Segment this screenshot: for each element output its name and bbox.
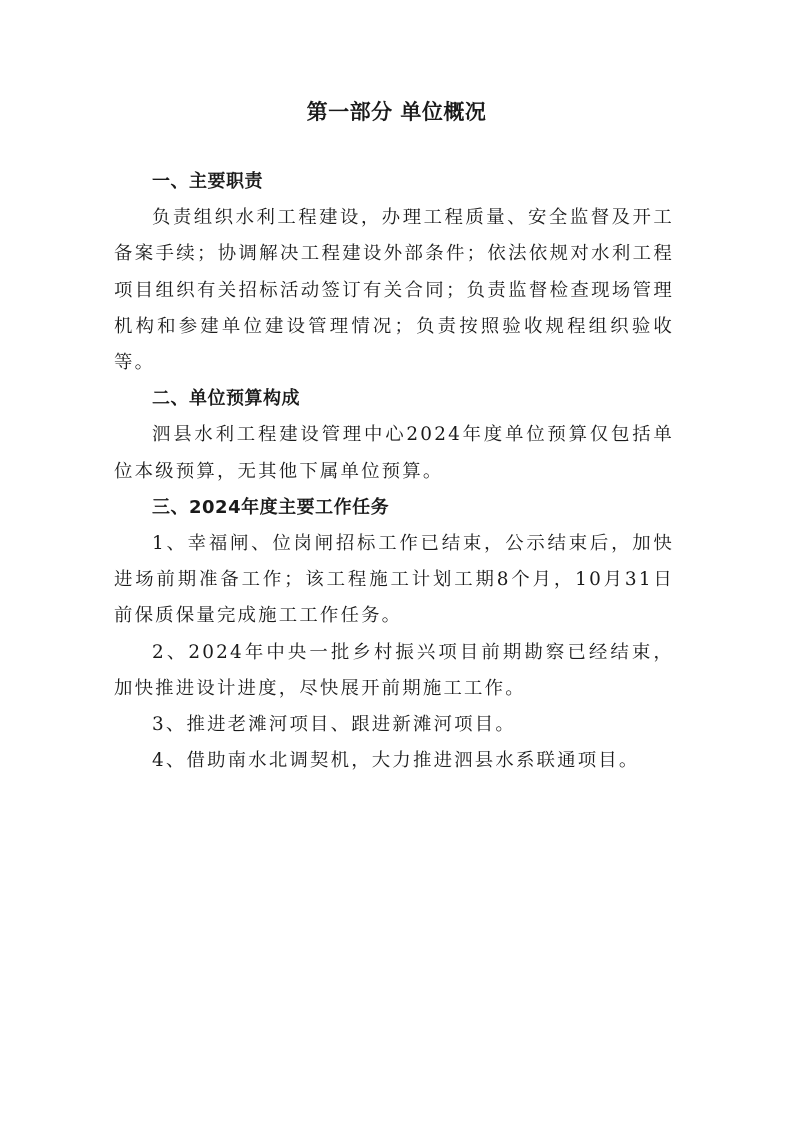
task-item: 2、2024年中央一批乡村振兴项目前期勘察已经结束，加快推进设计进度，尽快展开前… (114, 635, 674, 707)
document-body: 一、主要职责 负责组织水利工程建设，办理工程质量、安全监督及开工备案手续；协调解… (114, 164, 674, 779)
section-work-tasks: 三、2024年度主要工作任务 1、幸福闸、位岗闸招标工作已结束，公示结束后，加快… (114, 490, 674, 780)
task-item: 1、幸福闸、位岗闸招标工作已结束，公示结束后，加快进场前期准备工作；该工程施工计… (114, 526, 674, 635)
paragraph: 负责组织水利工程建设，办理工程质量、安全监督及开工备案手续；协调解决工程建设外部… (114, 200, 674, 381)
section-heading: 二、单位预算构成 (114, 381, 674, 417)
task-item: 3、推进老滩河项目、跟进新滩河项目。 (114, 707, 674, 743)
section-heading: 三、2024年度主要工作任务 (114, 490, 674, 526)
section-budget-composition: 二、单位预算构成 泗县水利工程建设管理中心2024年度单位预算仅包括单位本级预算… (114, 381, 674, 490)
section-main-duties: 一、主要职责 负责组织水利工程建设，办理工程质量、安全监督及开工备案手续；协调解… (114, 164, 674, 381)
task-item: 4、借助南水北调契机，大力推进泗县水系联通项目。 (114, 743, 674, 779)
page-title: 第一部分 单位概况 (0, 96, 793, 128)
section-heading: 一、主要职责 (114, 164, 674, 200)
paragraph: 泗县水利工程建设管理中心2024年度单位预算仅包括单位本级预算，无其他下属单位预… (114, 417, 674, 489)
document-page: 第一部分 单位概况 一、主要职责 负责组织水利工程建设，办理工程质量、安全监督及… (0, 0, 793, 1122)
